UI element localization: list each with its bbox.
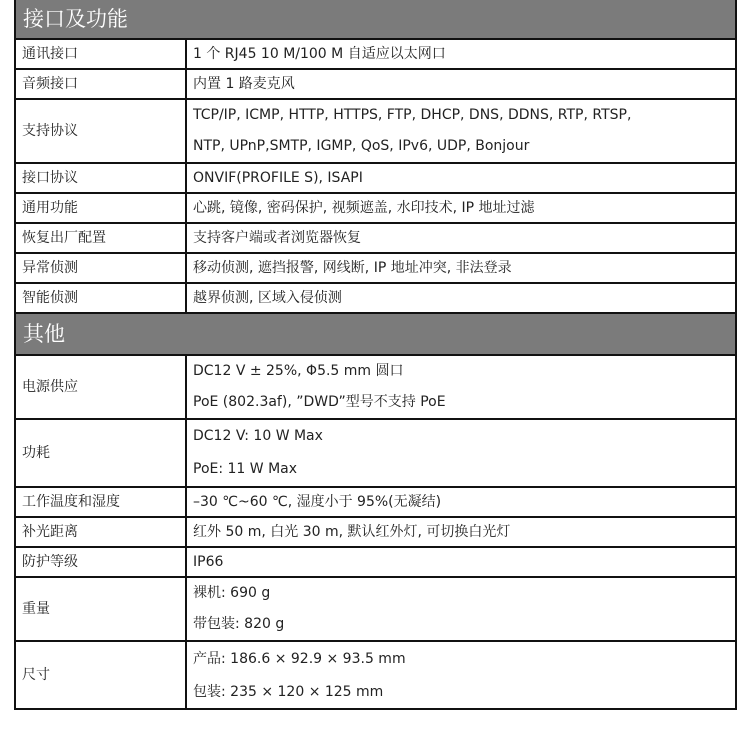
spec-label: 补光距离 — [15, 517, 186, 547]
table-row: 通用功能 心跳, 镜像, 密码保护, 视频遮盖, 水印技术, IP 地址过滤 — [15, 193, 736, 223]
table-row: 功耗 DC12 V: 10 W Max PoE: 11 W Max — [15, 419, 736, 487]
table-row: 防护等级 IP66 — [15, 547, 736, 577]
spec-value-line: 裸机: 690 g — [193, 578, 735, 609]
spec-value: 移动侦测, 遮挡报警, 网线断, IP 地址冲突, 非法登录 — [186, 253, 736, 283]
spec-label: 功耗 — [15, 419, 186, 487]
spec-value: 越界侦测, 区域入侵侦测 — [186, 283, 736, 313]
table-row: 智能侦测 越界侦测, 区域入侵侦测 — [15, 283, 736, 313]
spec-value-line: DC12 V: 10 W Max — [193, 420, 735, 453]
spec-value: 裸机: 690 g 带包装: 820 g — [186, 577, 736, 641]
spec-label: 重量 — [15, 577, 186, 641]
section-header-other: 其他 — [15, 313, 736, 355]
section-title: 其他 — [15, 313, 736, 355]
table-row: 重量 裸机: 690 g 带包装: 820 g — [15, 577, 736, 641]
table-row: 接口协议 ONVIF(PROFILE S), ISAPI — [15, 163, 736, 193]
table-row: 工作温度和湿度 –30 ℃~60 ℃, 湿度小于 95%(无凝结) — [15, 487, 736, 517]
spec-label: 智能侦测 — [15, 283, 186, 313]
table-row: 异常侦测 移动侦测, 遮挡报警, 网线断, IP 地址冲突, 非法登录 — [15, 253, 736, 283]
spec-value-line: TCP/IP, ICMP, HTTP, HTTPS, FTP, DHCP, DN… — [193, 100, 735, 131]
table-row: 通讯接口 1 个 RJ45 10 M/100 M 自适应以太网口 — [15, 39, 736, 69]
table-row: 恢复出厂配置 支持客户端或者浏览器恢复 — [15, 223, 736, 253]
spec-value-line: DC12 V ± 25%, Φ5.5 mm 圆口 — [193, 356, 735, 387]
spec-value: 内置 1 路麦克风 — [186, 69, 736, 99]
spec-value: –30 ℃~60 ℃, 湿度小于 95%(无凝结) — [186, 487, 736, 517]
spec-value-line: NTP, UPnP,SMTP, IGMP, QoS, IPv6, UDP, Bo… — [193, 131, 735, 162]
spec-label: 恢复出厂配置 — [15, 223, 186, 253]
spec-label: 尺寸 — [15, 641, 186, 709]
spec-value: 心跳, 镜像, 密码保护, 视频遮盖, 水印技术, IP 地址过滤 — [186, 193, 736, 223]
spec-value: 1 个 RJ45 10 M/100 M 自适应以太网口 — [186, 39, 736, 69]
spec-value-line: PoE (802.3af), ”DWD”型号不支持 PoE — [193, 387, 735, 418]
spec-value-line: 带包装: 820 g — [193, 609, 735, 640]
spec-value: IP66 — [186, 547, 736, 577]
spec-label: 接口协议 — [15, 163, 186, 193]
spec-value-line: 产品: 186.6 × 92.9 × 93.5 mm — [193, 642, 735, 676]
spec-value: ONVIF(PROFILE S), ISAPI — [186, 163, 736, 193]
spec-label: 防护等级 — [15, 547, 186, 577]
table-row: 支持协议 TCP/IP, ICMP, HTTP, HTTPS, FTP, DHC… — [15, 99, 736, 163]
spec-label: 异常侦测 — [15, 253, 186, 283]
section-header-interfaces: 接口及功能 — [15, 0, 736, 39]
table-row: 音频接口 内置 1 路麦克风 — [15, 69, 736, 99]
table-row: 电源供应 DC12 V ± 25%, Φ5.5 mm 圆口 PoE (802.3… — [15, 355, 736, 419]
spec-label: 音频接口 — [15, 69, 186, 99]
spec-value-line: PoE: 11 W Max — [193, 453, 735, 486]
spec-label: 通用功能 — [15, 193, 186, 223]
section-title: 接口及功能 — [15, 0, 736, 39]
spec-label: 支持协议 — [15, 99, 186, 163]
spec-label: 通讯接口 — [15, 39, 186, 69]
spec-label: 工作温度和湿度 — [15, 487, 186, 517]
spec-table: 接口及功能 通讯接口 1 个 RJ45 10 M/100 M 自适应以太网口 音… — [14, 0, 737, 710]
table-row: 补光距离 红外 50 m, 白光 30 m, 默认红外灯, 可切换白光灯 — [15, 517, 736, 547]
spec-value: DC12 V ± 25%, Φ5.5 mm 圆口 PoE (802.3af), … — [186, 355, 736, 419]
table-row: 尺寸 产品: 186.6 × 92.9 × 93.5 mm 包装: 235 × … — [15, 641, 736, 709]
spec-value: 产品: 186.6 × 92.9 × 93.5 mm 包装: 235 × 120… — [186, 641, 736, 709]
spec-value: TCP/IP, ICMP, HTTP, HTTPS, FTP, DHCP, DN… — [186, 99, 736, 163]
spec-value: 红外 50 m, 白光 30 m, 默认红外灯, 可切换白光灯 — [186, 517, 736, 547]
spec-value: DC12 V: 10 W Max PoE: 11 W Max — [186, 419, 736, 487]
spec-value: 支持客户端或者浏览器恢复 — [186, 223, 736, 253]
spec-label: 电源供应 — [15, 355, 186, 419]
spec-value-line: 包装: 235 × 120 × 125 mm — [193, 676, 735, 708]
